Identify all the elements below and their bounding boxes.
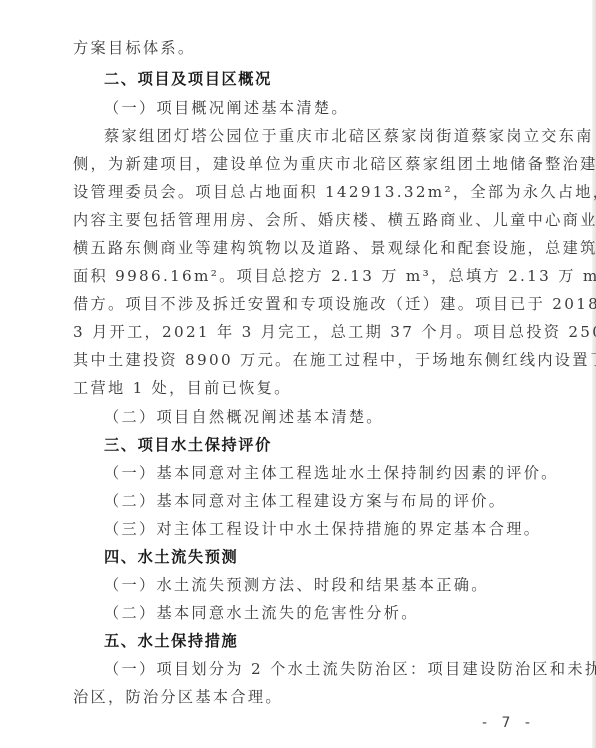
document-page: 方案目标体系。 二、项目及项目区概况 （一）项目概况阐述基本清楚。 蔡家组团灯塔… bbox=[0, 0, 596, 748]
text-line: 借方。项目不涉及拆迁安置和专项设施改（迁）建。项目已于 2018 年 bbox=[73, 294, 533, 314]
text-line: （二）基本同意水土流失的危害性分析。 bbox=[104, 603, 564, 623]
section-heading: 五、水土保持措施 bbox=[104, 631, 564, 651]
text-line: （一）基本同意对主体工程选址水土保持制约因素的评价。 bbox=[104, 463, 564, 483]
page-number: - 7 - bbox=[482, 715, 535, 731]
text-line: 方案目标体系。 bbox=[73, 38, 533, 58]
text-line: 其中土建投资 8900 万元。在施工过程中，于场地东侧红线内设置了施 bbox=[73, 350, 533, 370]
section-heading: 三、项目水土保持评价 bbox=[104, 435, 564, 455]
text-line: （二）基本同意对主体工程建设方案与布局的评价。 bbox=[104, 491, 564, 511]
text-line: 治区，防治分区基本合理。 bbox=[73, 687, 533, 707]
text-line: （一）水土流失预测方法、时段和结果基本正确。 bbox=[104, 575, 564, 595]
section-heading: 四、水土流失预测 bbox=[104, 547, 564, 567]
text-line: （一）项目概况阐述基本清楚。 bbox=[104, 98, 564, 118]
text-line: 工营地 1 处，目前已恢复。 bbox=[73, 378, 533, 398]
text-line: （三）对主体工程设计中水土保持措施的界定基本合理。 bbox=[104, 519, 564, 539]
text-line: 蔡家组团灯塔公园位于重庆市北碚区蔡家岗街道蔡家岗立交东南 bbox=[104, 126, 564, 146]
text-line: （一）项目划分为 2 个水土流失防治区：项目建设防治区和未扰动防 bbox=[104, 659, 564, 679]
section-heading: 二、项目及项目区概况 bbox=[104, 69, 564, 89]
text-line: 面积 9986.16m²。项目总挖方 2.13 万 m³，总填方 2.13 万 … bbox=[73, 266, 533, 286]
text-line: 横五路东侧商业等建构筑物以及道路、景观绿化和配套设施，总建筑 bbox=[73, 238, 533, 258]
text-line: 3 月开工，2021 年 3 月完工，总工期 37 个月。项目总投资 25000… bbox=[73, 322, 533, 342]
page-edge bbox=[592, 0, 596, 748]
text-line: 内容主要包括管理用房、会所、婚庆楼、横五路商业、儿童中心商业、 bbox=[73, 210, 533, 230]
text-line: （二）项目自然概况阐述基本清楚。 bbox=[104, 407, 564, 427]
text-line: 设管理委员会。项目总占地面积 142913.32m²，全部为永久占地，建设 bbox=[73, 182, 533, 202]
text-line: 侧，为新建项目，建设单位为重庆市北碚区蔡家组团土地储备整治建 bbox=[73, 154, 533, 174]
